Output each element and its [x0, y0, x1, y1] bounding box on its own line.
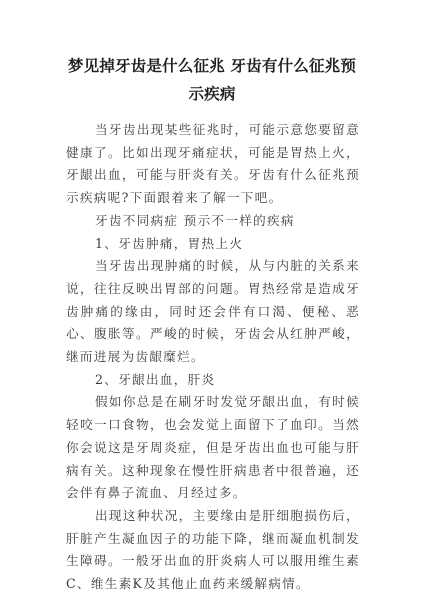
body-paragraph: 当牙齿出现肿痛的时候，从与内脏的关系来说，往往反映出胃部的问题。胃热经常是造成牙… [66, 255, 360, 369]
body-paragraph: 出现这种状况，主要缘由是肝细胞损伤后，肝脏产生凝血因子的功能下降，继而凝血机制发… [66, 505, 360, 596]
intro-paragraph: 当牙齿出现某些征兆时，可能示意您要留意健康了。比如出现牙痛症状，可能是胃热上火，… [66, 119, 360, 210]
subsection-heading-2: 2、牙龈出血，肝炎 [66, 369, 360, 392]
document-title: 梦见掉牙齿是什么征兆 牙齿有什么征兆预示疾病 [62, 52, 362, 108]
body-paragraph: 假如你总是在刷牙时发觉牙龈出血，有时候轻咬一口食物，也会发觉上面留下了血印。当然… [66, 391, 360, 505]
section-heading: 牙齿不同病症 预示不一样的疾病 [66, 210, 360, 233]
document-body: 当牙齿出现某些征兆时，可能示意您要留意健康了。比如出现牙痛症状，可能是胃热上火，… [66, 119, 360, 596]
document-page: 梦见掉牙齿是什么征兆 牙齿有什么征兆预示疾病 当牙齿出现某些征兆时，可能示意您要… [0, 0, 423, 600]
subsection-heading-1: 1、牙齿肿痛，胃热上火 [66, 233, 360, 256]
